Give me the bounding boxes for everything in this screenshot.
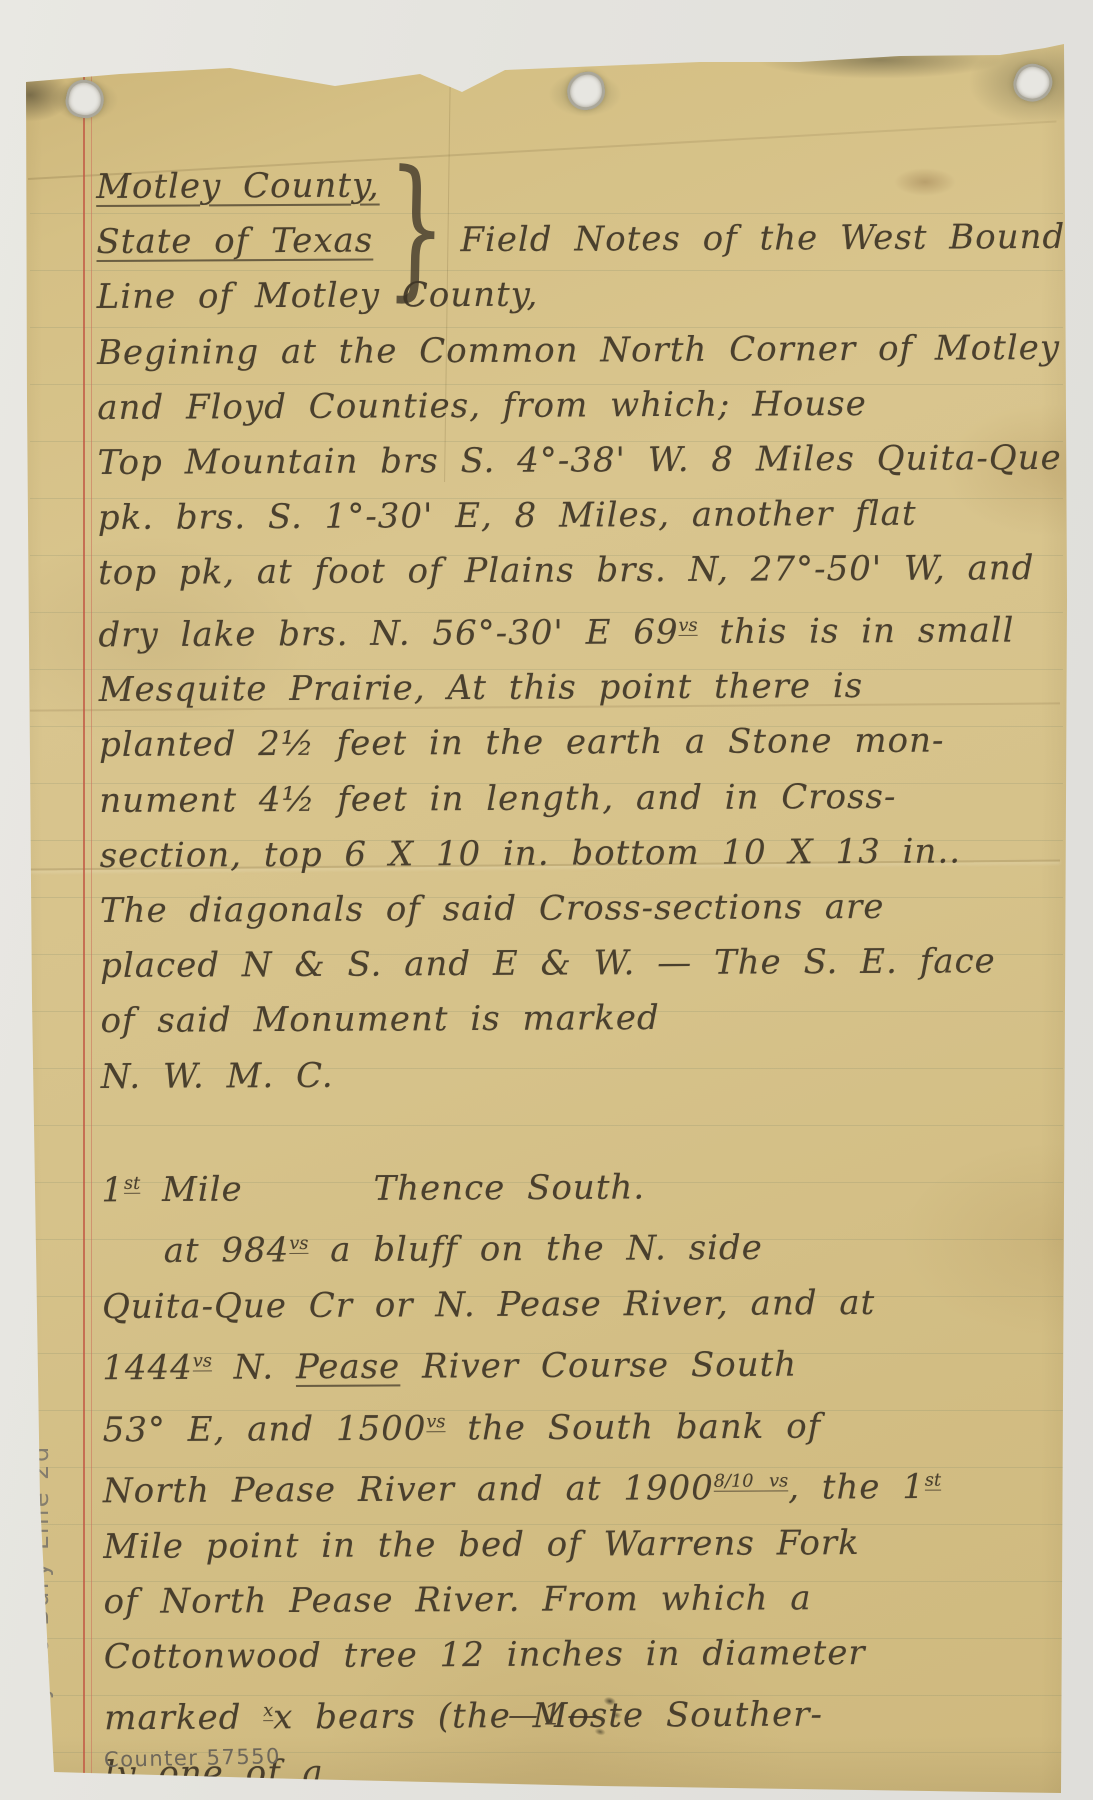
manuscript-line: Cottonwood tree 12 inches in diameter [104,1625,1064,1685]
manuscript-line: and Floyd Counties, from which; House [97,376,1057,436]
manuscript-line: The diagonals of said Cross-sections are [100,879,1060,939]
manuscript-segment: Mile point in the bed of Warrens Fork [103,1523,860,1567]
manuscript-line: placed N & S. and E & W. — The S. E. fac… [100,934,1060,994]
manuscript-segment: at 984 [164,1231,290,1272]
manuscript-segment: Field Notes of the West Boundry. [373,217,1093,261]
spine-label: Motley Co Bdry Line 2d [26,1248,56,1778]
counter-annotation: Counter 57550 [104,1744,281,1772]
manuscript-segment: Begining at the Common North Corner of M… [97,328,1060,373]
punch-hole [62,76,107,121]
manuscript-segment: st [124,1174,140,1194]
manuscript-line: of North Pease River. From which a [103,1570,1063,1630]
manuscript-segment: section, top 6 X 10 in. bottom 10 X 13 i… [100,831,962,876]
manuscript-segment: vs [678,615,697,635]
manuscript-segment: x [263,1701,273,1721]
manuscript-segment: and Floyd Counties, from which; House [97,384,867,428]
margin-rule [83,46,92,1788]
manuscript-segment: River Course South [400,1345,797,1387]
manuscript-segment: pk. brs. S. 1°-30' E, 8 Miles, another f… [98,494,917,538]
manuscript-line: Mile point in the bed of Warrens Fork [103,1515,1063,1575]
manuscript-segment: Quita-Que Cr or N. Pease River, and at [102,1283,875,1327]
manuscript-line: of said Monument is marked [100,989,1060,1049]
manuscript-line: N. W. M. C. [101,1045,1061,1105]
manuscript-segment: top pk, at foot of Plains brs. N, 27°-50… [98,549,1035,594]
manuscript-line: Quita-Que Cr or N. Pease River, and at [102,1275,1062,1335]
manuscript-segment: Mile Thence South. [140,1167,645,1210]
manuscript-segment: 1 [101,1170,124,1210]
manuscript-line: 53° E, and 1500vs the South bank of [102,1392,1062,1459]
manuscript-text: Motley County,State of Texas Field Notes… [96,155,1065,1800]
manuscript-segment: st [925,1471,941,1491]
page-number: —1— [508,1698,602,1733]
manuscript-line: at 984vs a bluff on the N. side [102,1213,1062,1280]
punch-hole [1009,59,1058,108]
manuscript-line: Top Mountain brs S. 4°-38' W. 8 Miles Qu… [97,431,1057,491]
manuscript-segment: The diagonals of said Cross-sections are [100,887,885,931]
manuscript-segment: , the 1 [788,1467,925,1508]
manuscript-line: planted 2½ feet in the earth a Stone mon… [99,713,1059,773]
manuscript-line: top pk, at foot of Plains brs. N, 27°-50… [98,541,1058,601]
manuscript-line: Begining at the Common North Corner of M… [97,321,1057,381]
manuscript-segment: 53° E, and 1500 [103,1408,427,1450]
manuscript-line: State of Texas Field Notes of the West B… [96,210,1056,270]
manuscript-line: North Pease River and at 19008/10 vs, th… [103,1453,1063,1520]
manuscript-segment: this is in small [697,610,1014,652]
manuscript-segment: 8/10 vs [714,1472,788,1492]
manuscript-segment: nument 4½ feet in length, and in Cross- [99,776,896,820]
manuscript-line: dry lake brs. N. 56°-30' E 69vs this is … [98,597,1058,664]
manuscript-line: section, top 6 X 10 in. bottom 10 X 13 i… [100,824,1060,884]
manuscript-line: Line of Motley County, [97,265,1057,325]
manuscript-segment: North Pease River and at 1900 [103,1468,714,1511]
manuscript-segment: of said Monument is marked [100,998,659,1041]
manuscript-line: 1st Mile Thence South. [101,1152,1061,1219]
manuscript-segment: State of Texas [96,221,373,262]
manuscript-segment: dry lake brs. N. 56°-30' E 69 [98,612,678,655]
manuscript-line: 1444vs N. Pease River Course South [102,1330,1062,1397]
manuscript-segment: planted 2½ feet in the earth a Stone mon… [99,721,945,765]
manuscript-segment: a bluff on the N. side [308,1228,763,1270]
manuscript-line: Motley County, [96,155,1056,215]
manuscript-segment: Pease [296,1347,401,1388]
manuscript-segment: Cottonwood tree 12 inches in diameter [104,1633,866,1677]
manuscript-segment: Top Mountain brs S. 4°-38' W. 8 Miles Qu… [97,438,1061,483]
manuscript-segment: 1444 [102,1348,193,1388]
manuscript-line: pk. brs. S. 1°-30' E, 8 Miles, another f… [98,486,1058,546]
paper-sheet: } Motley County,State of Texas Field Not… [0,0,1093,1800]
manuscript-segment: vs [289,1234,308,1254]
manuscript-segment: of North Pease River. From which a [103,1578,811,1622]
manuscript-segment: vs [426,1412,445,1432]
manuscript-segment: N. [212,1347,296,1387]
manuscript-segment: vs [193,1351,212,1371]
manuscript-line: Mesquite Prairie, At this point there is [99,658,1059,718]
manuscript-segment: the South bank of [445,1406,821,1448]
manuscript-segment: marked [104,1698,263,1739]
manuscript-segment: Motley County, [96,166,380,207]
manuscript-segment: N. W. M. C. [101,1055,334,1096]
manuscript-segment: placed N & S. and E & W. — The S. E. fac… [100,941,996,986]
manuscript-line: nument 4½ feet in length, and in Cross- [99,769,1059,829]
manuscript-segment: Line of Motley County, [97,275,539,317]
punch-hole [565,70,608,113]
manuscript-segment: Mesquite Prairie, At this point there is [99,666,864,710]
